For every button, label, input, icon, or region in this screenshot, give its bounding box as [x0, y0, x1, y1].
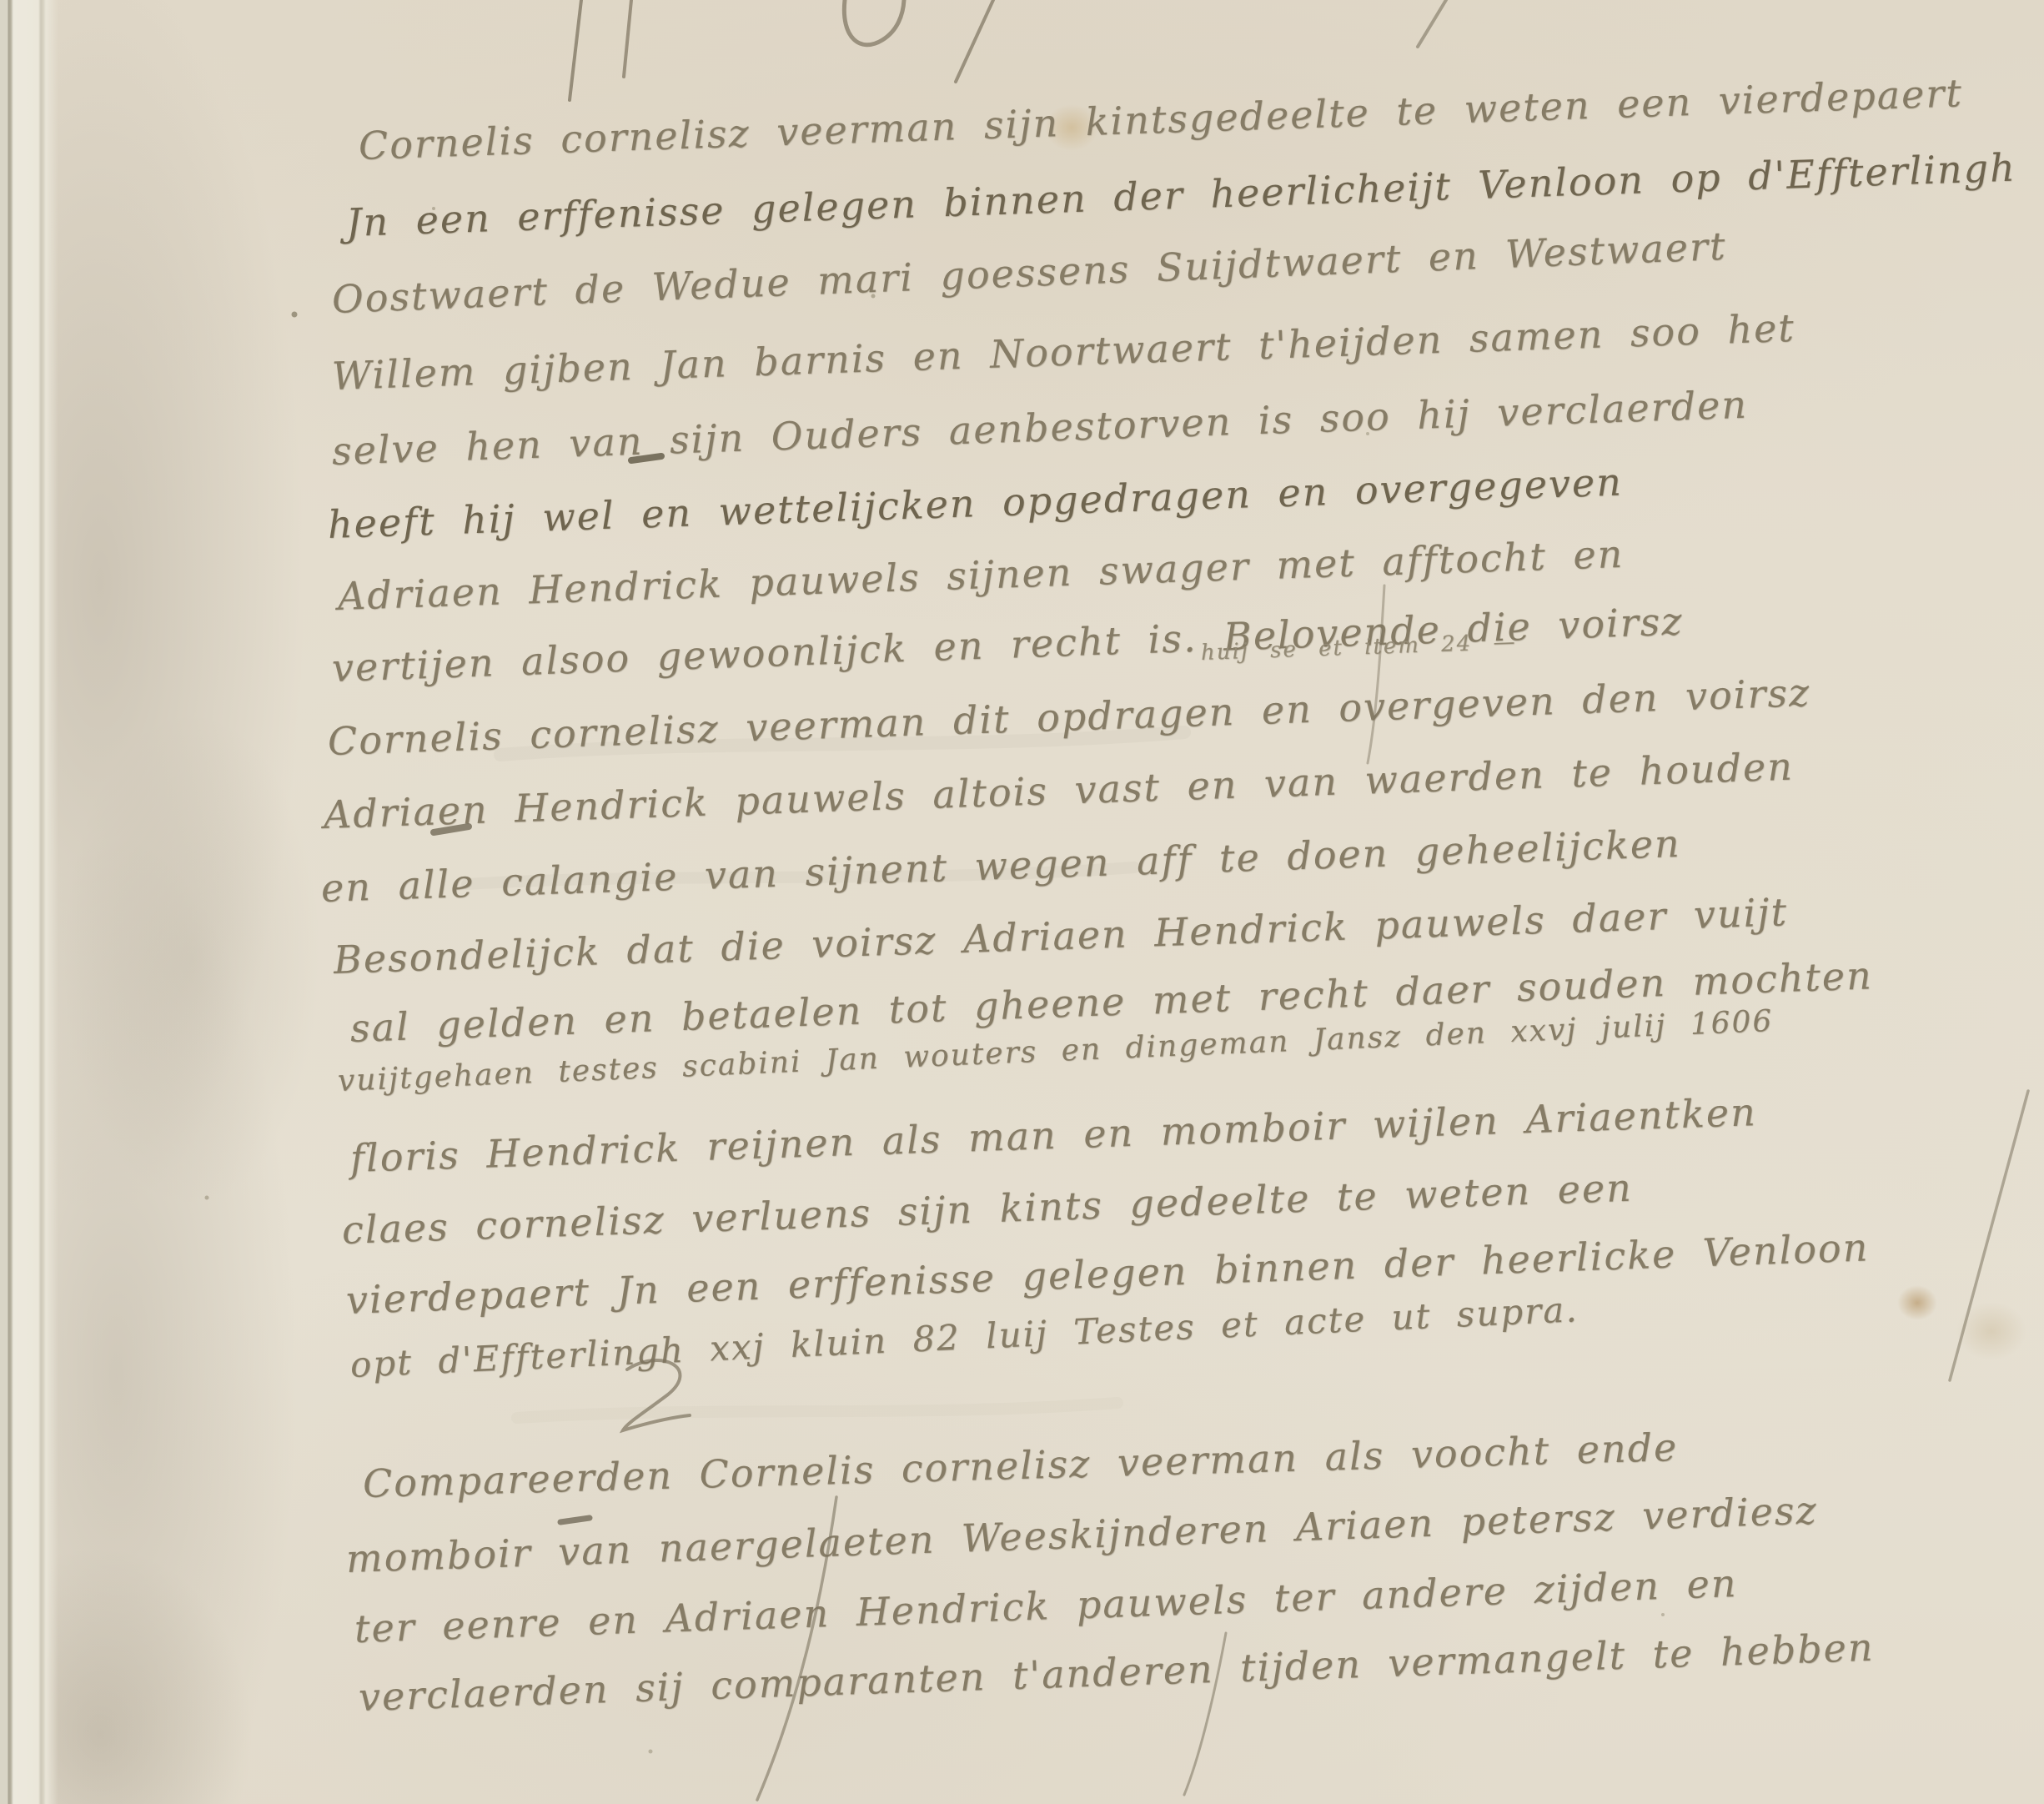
- manuscript-line: Adriaen Hendrick pauwels altois vast en …: [323, 744, 1795, 837]
- manuscript-scan: { "page": { "kind_label": "handwritten n…: [0, 0, 2044, 1804]
- manuscript-line: Adriaen Hendrick pauwels sijnen swager m…: [337, 531, 1625, 619]
- manuscript-line: Willem gijben Jan barnis en Noortwaert t…: [331, 305, 1795, 399]
- manuscript-line: heeft hij wel en wettelijcken opgedragen…: [327, 460, 1623, 547]
- manuscript-line: en alle calangie van sijnent wegen aff t…: [320, 821, 1681, 911]
- text-layer: Cornelis cornelisz veerman sijn kintsged…: [0, 0, 2044, 1804]
- manuscript-line: Compareerden Cornelis cornelisz veerman …: [362, 1425, 1679, 1506]
- manuscript-line: selve hen van sijn Ouders aenbestorven i…: [331, 382, 1749, 474]
